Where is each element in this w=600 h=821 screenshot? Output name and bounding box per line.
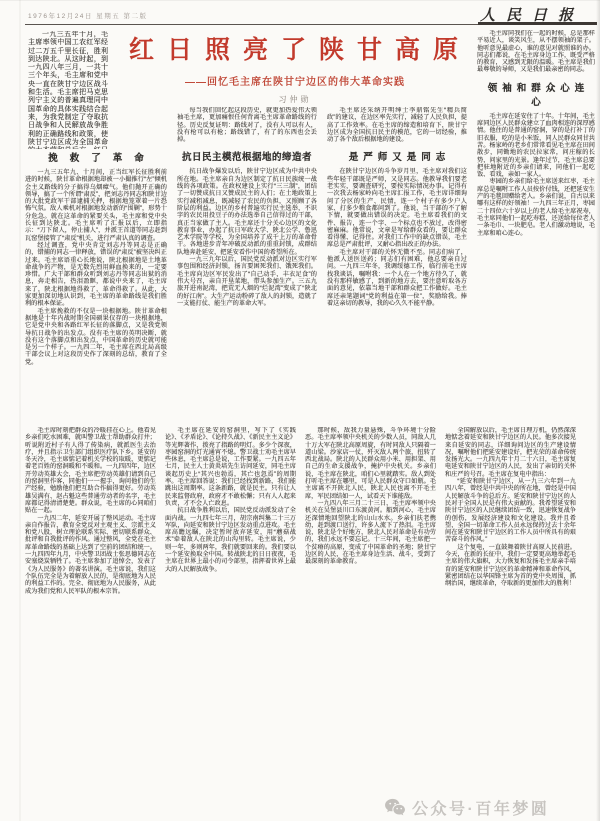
body-paragraph: 毛主席挽救的不仅是一块根据地。陕甘革命根据地是十年内战时期全国硕果仅存的一块根据… [25, 308, 167, 366]
scan-right-edge [596, 0, 600, 821]
newspaper-page: 1976年12月24日 星期五 第二版 人民日报 一九三五年十月，毛主席率领中国… [0, 0, 600, 821]
body-paragraph: 抗日战争爆发以后，陕甘宁边区成为中共中央所在地。毛主席亲自为边区制定了抗日民族统… [177, 168, 317, 256]
body-paragraph: 在陕甘宁边区的斗争岁月里，毛主席对我们这些年轻干部既是严师，又是同志。他教导我们… [327, 168, 467, 248]
upper-column-3: 毛主席还采纳开明绅士李鼎铭先生“精兵简政”的建议，在边区率先实行，减轻了人民负担… [327, 107, 467, 407]
scan-crease [19, 0, 21, 821]
lead-paragraph: 一九三五年十月，毛主席率领中国工农红军经过二万五千里长征，胜利到达陕北。从这时起… [28, 31, 108, 149]
body-paragraph: 经过调查，党中央肯定刘志丹等同志是正确的，错捕的同志一律释放，错误的“肃反”被坚… [25, 242, 167, 308]
body-paragraph: 那时候，敌我力量悬殊，斗争环境十分险恶。毛主席率领中央机关的少数人员，同敌人几十… [305, 427, 436, 500]
section-heading-2: 抗日民主模范根据地的缔造者 [177, 149, 317, 163]
body-paragraph: 一九四二年，延安开展了整风运动。毛主席亲自作报告，教育全党反对主观主义、宗派主义… [25, 515, 156, 595]
watermark: 公众号·百年梦圆 [384, 796, 549, 819]
body-paragraph: 一九三九年以后，国民党反动派对边区实行军事包围和经济封锁，扬言要困死我们、饿死我… [177, 256, 317, 307]
section-heading-4: 领袖和群众心连心 [477, 80, 595, 108]
dateline: 1976年12月24日 星期五 第二版 [28, 11, 148, 20]
upper-column-2: 每当我们回忆起这段历史，就更加热爱伟大领袖毛主席，更加痛恨任何背离毛主席革命路线… [177, 107, 317, 407]
body-paragraph: 枣园的乡亲们给毛主席送来红枣，毛主席总是嘱咐工作人员按价付钱，还把延安生产的毛毯… [477, 178, 595, 236]
lower-column-1: 毛主席时刻把群众的冷暖挂在心上。他看见乡亲们吃水困难，就叫警卫战士帮助群众打井；… [25, 427, 156, 795]
lower-column-4: 全国解放以后，毛主席日理万机，仍然深深地惦念着延安和陕甘宁边区的人民。他多次接见… [445, 427, 576, 795]
body-paragraph: 一九三五年九、十月间，正当红军长征胜利前进的时候，陕甘革命根据地却被一小撮推行“… [25, 169, 167, 242]
body-paragraph: 这个复电，一直鼓舞着陕甘高原人民前进。今天，在新的长征中，我们一定要更高地举起毛… [445, 544, 576, 588]
body-paragraph: 毛主席时刻把群众的冷暖挂在心上。他看见乡亲们吃水困难，就叫警卫战士帮助群众打井；… [25, 427, 156, 515]
upper-column-1: 挽救了革命 一九三五年九、十月间，正当红军长征胜利前进的时候，陕甘革命根据地却被… [25, 150, 167, 407]
scan-top-edge [0, 0, 600, 1]
article-title: 红日照亮了陕甘高原 [112, 30, 478, 66]
section-heading-1: 挽救了革命 [25, 150, 167, 164]
title-block: 红日照亮了陕甘高原 ——回忆毛主席在陕甘宁边区的伟大革命实践 习仲勋 [112, 30, 478, 105]
upper-column-4: 毛主席同我们在一起的时候，总是那样平易近人，谈笑风生，从不摆领袖的架子。他听意见… [477, 30, 595, 407]
article-subtitle: ——回忆毛主席在陕甘宁边区的伟大革命实践 [112, 73, 478, 88]
body-paragraph: 毛主席在延安住了十年。十年间，毛主席同边区人民群众建立了血肉相连的深厚感情。他住… [477, 113, 595, 179]
body-paragraph: 毛主席对干部的关怀无微不至。同志们病了，他派人送医送药；同志们有困难，他总要亲自… [327, 249, 467, 307]
watermark-text: 公众号·百年梦圆 [412, 796, 549, 819]
lower-column-3: 那时候，敌我力量悬殊，斗争环境十分险恶。毛主席率领中央机关的少数人员，同敌人几十… [305, 427, 436, 795]
body-paragraph: 毛主席同我们在一起的时候，总是那样平易近人，谈笑风生，从不摆领袖的架子。他听意见… [477, 30, 595, 74]
body-paragraph: 全国解放以后，毛主席日理万机，仍然深深地惦念着延安和陕甘宁边区的人民。他多次接见… [445, 427, 576, 478]
body-paragraph: 抗日战争胜利以后，国民党反动派发动了全面内战。一九四七年三月，胡宗南纠集二十三万… [165, 507, 296, 573]
body-paragraph: 毛主席在延安的窑洞里，写下了《实践论》、《矛盾论》、《论持久战》、《新民主主义论… [165, 427, 296, 507]
body-paragraph: 毛主席还采纳开明绅士李鼎铭先生“精兵简政”的建议，在边区率先实行，减轻了人民负担… [327, 107, 467, 143]
lower-section: 毛主席时刻把群众的冷暖挂在心上。他看见乡亲们吃水困难，就叫警卫战士帮助群众打井；… [25, 427, 576, 795]
section-heading-3: 是严师又是同志 [327, 149, 467, 163]
body-paragraph: 一九四八年三月二十三日，毛主席率领中央机关在吴堡县川口东渡黄河。船到河心，毛主席… [305, 500, 436, 566]
wechat-icon [384, 798, 406, 817]
body-paragraph: “延安和陕甘宁边区，从一九三六年到一九四八年，曾经是中共中央的所在地，曾经是中国… [445, 478, 576, 544]
body-paragraph: 每当我们回忆起这段历史，就更加热爱伟大领袖毛主席，更加痛恨任何背离毛主席革命路线… [177, 107, 317, 143]
lower-column-2: 毛主席在延安的窑洞里，写下了《实践论》、《矛盾论》、《论持久战》、《新民主主义论… [165, 427, 296, 795]
article-author: 习仲勋 [112, 94, 478, 105]
masthead-rule [478, 22, 597, 25]
lead-column: 一九三五年十月，毛主席率领中国工农红军经过二万五千里长征，胜利到达陕北。从这时起… [28, 31, 108, 149]
